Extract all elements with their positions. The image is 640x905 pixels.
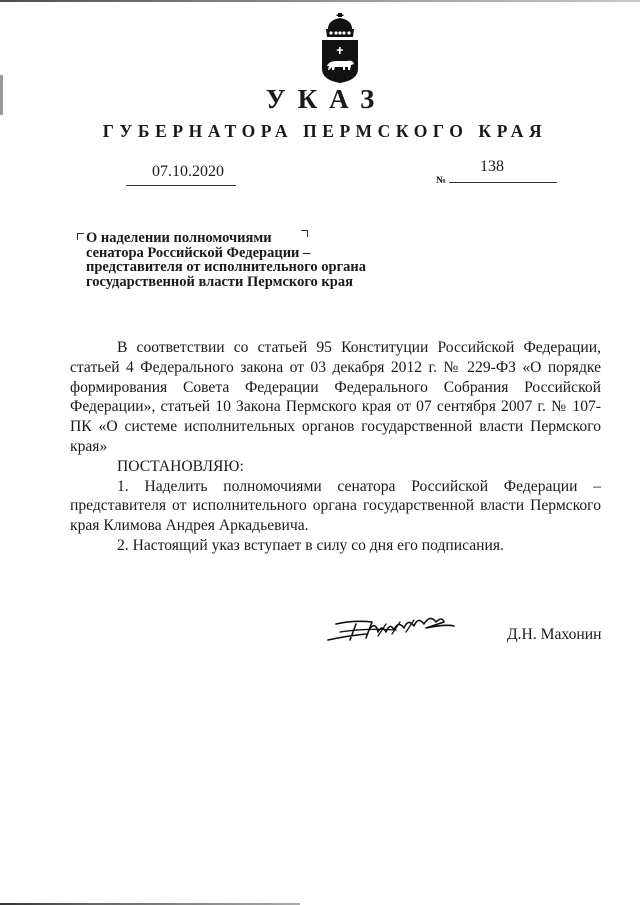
scan-edge-top: [0, 0, 640, 2]
number-underline: [449, 182, 557, 183]
document-body: В соответствии со статьей 95 Конституции…: [70, 338, 601, 556]
subject-line: О наделении полномочиями: [86, 231, 366, 246]
document-issuer: ГУБЕРНАТОРА ПЕРМСКОГО КРАЯ: [0, 121, 640, 142]
signature-icon: [326, 610, 456, 645]
signer-name: Д.Н. Махонин: [507, 626, 601, 644]
subject-line: государственной власти Пермского края: [86, 275, 366, 290]
preamble-paragraph: В соответствии со статьей 95 Конституции…: [70, 338, 601, 457]
decree-word: ПОСТАНОВЛЯЮ:: [70, 457, 601, 477]
document-title: УКАЗ: [0, 84, 640, 115]
subject-line: представителя от исполнительного органа: [86, 260, 366, 275]
subject-line: сенатора Российской Федерации –: [86, 246, 366, 261]
document-number: 138: [480, 158, 504, 176]
decree-item-2: 2. Настоящий указ вступает в силу со дня…: [70, 536, 601, 556]
coat-of-arms-icon: [316, 13, 364, 85]
decree-item-1: 1. Наделить полномочиями сенатора Россий…: [70, 477, 601, 536]
date-underline: [126, 185, 236, 186]
number-label: №: [436, 175, 446, 186]
subject-bracket-left: [77, 233, 84, 240]
document-subject: О наделении полномочиями сенатора Россий…: [86, 231, 366, 289]
document-date: 07.10.2020: [152, 163, 224, 181]
